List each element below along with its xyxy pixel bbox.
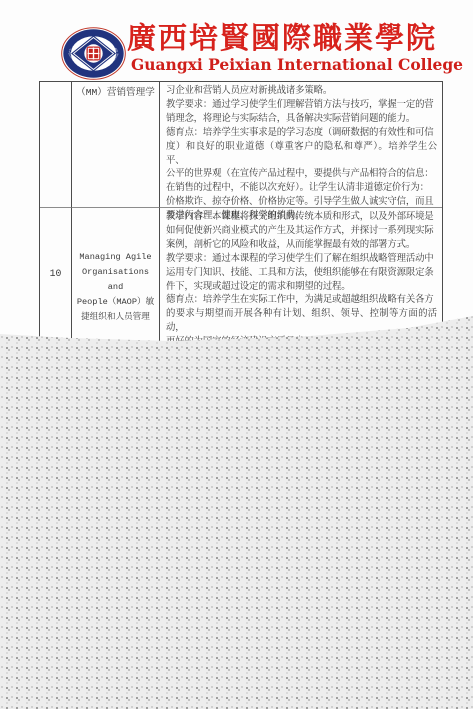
college-logo: 广西培贤国际职业学院 GUANGXI PEIXIAN INTERNATIONAL… <box>61 27 126 80</box>
table-cell-row2-description: 教学内容：本课程将探究组织的传统本质和形式，以及外部环境是 如何促使新兴商业模式… <box>160 208 442 345</box>
college-name-chinese: 廣西培賢國際職業學院 <box>127 22 457 55</box>
table-cell-row2-number: 10 <box>40 208 72 345</box>
table-cell-row1-course: （MM）营销管理学 <box>72 82 160 208</box>
table-cell-row1-number <box>40 82 72 208</box>
college-name-english: Guangxi Peixian International College <box>131 55 461 74</box>
document-page: 广西培贤国际职业学院 GUANGXI PEIXIAN INTERNATIONAL… <box>0 0 473 345</box>
logo-book-icon <box>87 47 101 61</box>
scanned-document-page: { "header": { "college_name_zh": "廣西培賢國際… <box>0 0 473 709</box>
table-cell-row1-description: 习企业和营销人员应对新挑战诸多策略。 教学要求：通过学习使学生们理解营销方法与技… <box>160 82 442 208</box>
course-table: （MM）营销管理学 习企业和营销人员应对新挑战诸多策略。 教学要求：通过学习使学… <box>39 81 443 345</box>
table-cell-row2-course: Managing Agile Organisations and People（… <box>72 208 160 345</box>
